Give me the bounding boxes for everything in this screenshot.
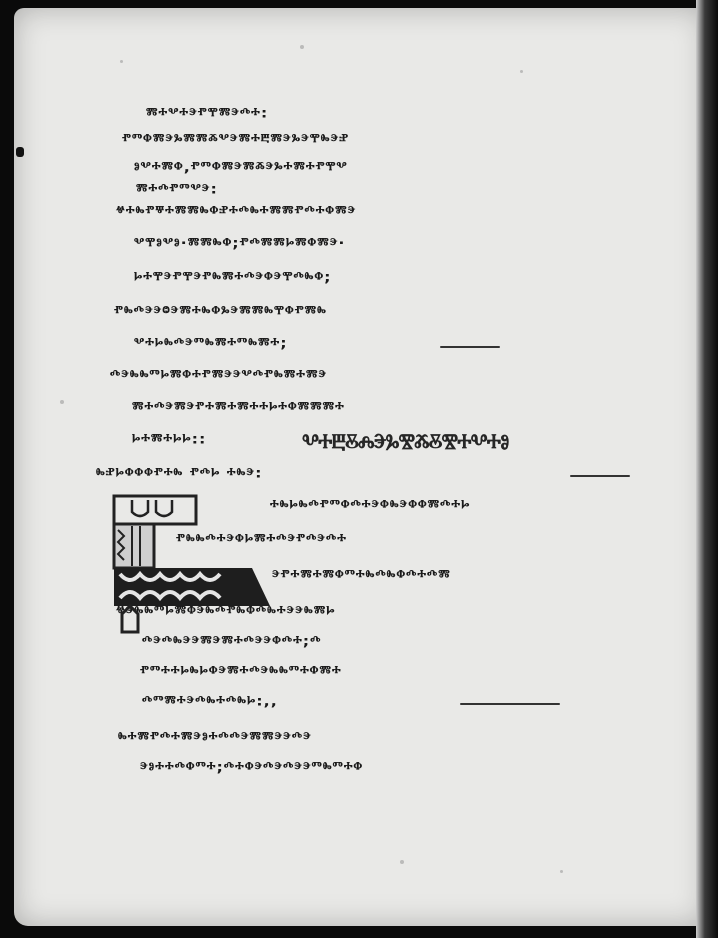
speck [560, 870, 563, 873]
rubric-heading: ⰂⰀⰁⰋⰎⰅⰃⰊⰆⰋⰊⰀⰂⰀⰑ [302, 427, 642, 455]
line-filler-stroke [570, 475, 630, 477]
text-line: ⱈⰰⰿⰰⱈⱈ:: [132, 428, 206, 450]
text-line: ⰰⰸⱈⰸⰴⱂⱅⱇⰴⰰⰵⱇⰸⰵⱇⱇⰿⰴⰰⱈ [270, 494, 470, 516]
text-line: ⱍⰰⰸⱂⱋⰰⰿⰿⰸⱇⱀⰰⰴⰸⰰⰿⰿⱂⰴⰰⱇⰿⰵ [116, 200, 356, 222]
text-line: ⰴⱅⰿⰰⰵⰴⰸⰰⰴⰸⱈ:,, [142, 690, 278, 712]
speck [300, 45, 304, 49]
text-line: ⰸⰰⰿⱂⰴⰰⰿⰵⱁⰰⰴⰴⰵⰿⰿⰵⰵⰴⰵ [118, 726, 312, 748]
text-line: ⰵⱂⰰⰿⰰⰿⱇⱅⰰⰸⰴⰸⱇⰴⰰⰴⰿ [272, 564, 451, 586]
text-line: ⰿⰰⰲⰰⰵⱂⰹⰿⰵⰴⰰ: [146, 102, 268, 124]
speck [60, 400, 64, 404]
text-line: ⰲⰹⱁⰲⱁ·ⰿⰿⰸⱇ;ⱂⰴⰿⰿⱈⰿⱇⰿⰵ· [134, 232, 345, 254]
line-filler-stroke [440, 346, 500, 348]
decorated-initial-icon [112, 494, 272, 634]
text-line: ⰿⰰⰴⰵⰿⰵⱂⰰⰿⰰⰿⰰⰰⱈⰰⱇⰿⰿⰿⰰ [132, 396, 345, 418]
text-line: ⰴⰵⰸⰸⱅⱈⰿⱇⰰⱂⰿⰵⰵⰲⰴⱂⰸⰿⰰⰿⰵ [110, 364, 327, 386]
line-filler-stroke [460, 703, 560, 705]
ink-spot [16, 147, 24, 157]
speck [400, 860, 404, 864]
text-line: ⱂⰸⰴⰵⰵⱉⰵⰿⰰⰸⱇⰳⰵⰿⰿⰸⰹⱇⱂⰿⰸ [114, 300, 327, 322]
speck [520, 70, 523, 73]
speck [120, 60, 123, 63]
text-line: ⱂⱅⱇⰿⰵⰳⰿⰿⰶⰲⰵⰿⰰⰱⰿⰵⰳⰵⰹⰸⰵⱀ [122, 128, 349, 150]
text-line: ⱈⰰⰹⰵⱂⰹⰵⱂⰸⰿⰰⰴⰵⱇⰵⰹⰴⰸⱇ; [134, 266, 332, 288]
text-line: ⱁⰲⰰⰿⱇ,ⱂⱅⱇⰿⰵⰿⰶⰵⰳⰰⰿⰰⱂⰹⰲ [134, 156, 348, 178]
text-line: ⰸⱀⱈⱇⱇⱇⱂⰰⰸ ⱂⰴⱈ ⰰⰸⰵ: [96, 462, 262, 484]
text-line: ⱂⱅⰰⰰⱈⰸⱈⱇⰵⰿⰰⰴⰵⰸⰸⱅⰰⱇⰿⰰ [140, 660, 342, 682]
text-line: ⰲⰰⱈⰸⰴⰵⱅⰸⰿⰰⱅⰸⰿⰰ; [134, 332, 288, 354]
binding-edge [696, 0, 718, 938]
text-line: ⰿⰰⰴⱂⱅⰲⰵ: [136, 178, 218, 200]
text-line: ⰵⱁⰰⰰⰴⱇⱅⰰ;ⰴⰰⱇⰵⰴⰵⰴⰵⰵⱅⰸⱅⰰⱇ [140, 756, 363, 778]
